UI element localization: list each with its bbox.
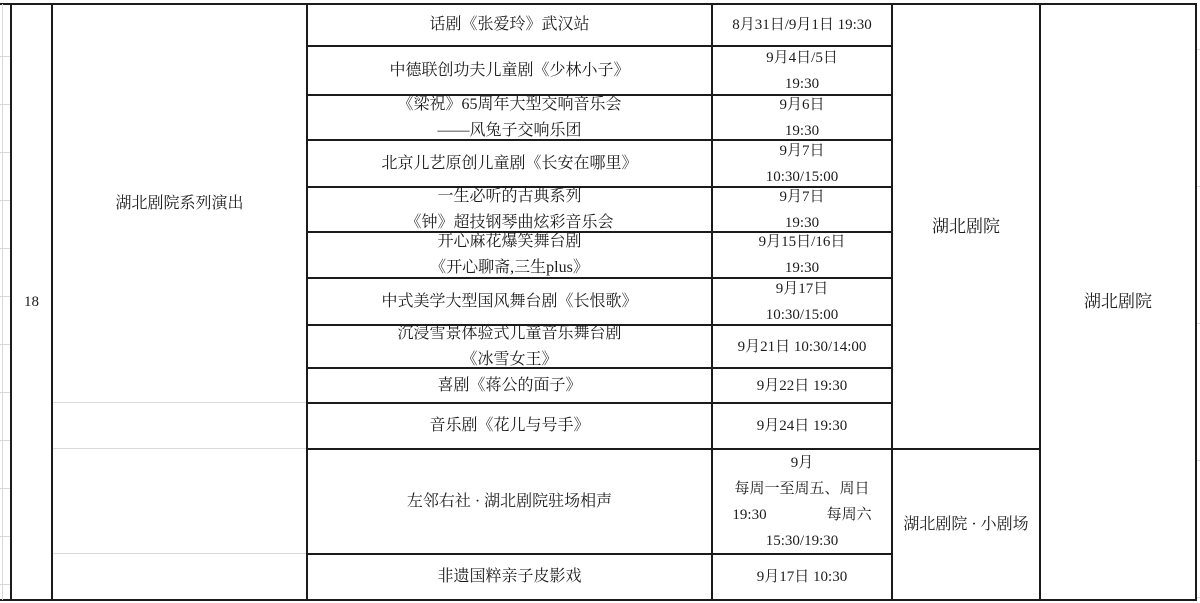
grid-line-h — [0, 599, 1197, 601]
venue-main-text: 湖北剧院 — [932, 214, 1000, 240]
grid-line-v — [1039, 4, 1041, 600]
venue-small-text: 湖北剧院 · 小剧场 — [903, 512, 1028, 538]
schedule-line: 9月7日 — [779, 138, 824, 164]
grid-line-h — [307, 324, 892, 326]
schedule-cell: 9月17日10:30/15:00 — [712, 278, 892, 325]
venue-main-cell: 湖北剧院 — [892, 4, 1040, 449]
venue-small-cell: 湖北剧院 · 小剧场 — [892, 449, 1040, 600]
schedule-cell: 8月31日/9月1日 19:30 — [712, 4, 892, 46]
performance-title-cell: 北京儿艺原创儿童剧《长安在哪里》 — [307, 140, 712, 187]
venue-overall-text: 湖北剧院 — [1084, 289, 1152, 315]
series-title-cell: 湖北剧院系列演出 — [52, 4, 307, 403]
performance-title-cell: 中德联创功夫儿童剧《少林小子》 — [307, 46, 712, 95]
schedule-cell: 9月7日19:30 — [712, 187, 892, 232]
performance-title-cell: 沉浸雪景体验式儿童音乐舞台剧《冰雪女王》 — [307, 325, 712, 368]
performance-title-line: 喜剧《蒋公的面子》 — [437, 373, 581, 399]
grid-line-v — [51, 4, 53, 600]
performance-title-line: 中德联创功夫儿童剧《少林小子》 — [389, 58, 629, 84]
grid-line-h — [307, 402, 892, 404]
performance-title-cell: 非遗国粹亲子皮影戏 — [307, 554, 712, 600]
grid-line-v — [306, 4, 308, 600]
schedule-line: 9月17日 10:30 — [757, 564, 847, 590]
performance-title-line: 北京儿艺原创儿童剧《长安在哪里》 — [381, 151, 637, 177]
schedule-line: 每周一至周五、周日 — [734, 476, 869, 502]
performance-title-line: 音乐剧《花儿与号手》 — [429, 413, 589, 439]
schedule-line: 9月22日 19:30 — [757, 373, 847, 399]
schedule-cell: 9月17日 10:30 — [712, 554, 892, 600]
performance-title-cell: 话剧《张爱玲》武汉站 — [307, 4, 712, 46]
grid-line-v — [891, 4, 893, 600]
row-index-text: 18 — [24, 289, 39, 315]
grid-line-h — [307, 553, 892, 555]
performance-title-cell: 中式美学大型国风舞台剧《长恨歌》 — [307, 278, 712, 325]
grid-line-v — [2, 4, 3, 600]
row-index-cell: 18 — [11, 4, 52, 600]
schedule-cell: 9月22日 19:30 — [712, 368, 892, 403]
schedule-cell: 9月6日19:30 — [712, 95, 892, 140]
performance-title-line: 话剧《张爱玲》武汉站 — [429, 12, 589, 38]
grid-line-h — [307, 139, 892, 141]
schedule-cell: 9月21日 10:30/14:00 — [712, 325, 892, 368]
schedule-line: 9月17日 — [776, 276, 829, 302]
series-title-text: 湖北剧院系列演出 — [115, 191, 243, 217]
performance-title-line: 中式美学大型国风舞台剧《长恨歌》 — [381, 289, 637, 315]
schedule-line: 15:30/19:30 — [766, 528, 839, 554]
schedule-line: 9月4日/5日 — [766, 45, 838, 71]
schedule-line: 8月31日/9月1日 19:30 — [732, 12, 872, 38]
grid-line-h — [0, 3, 1197, 5]
grid-line-h — [307, 94, 892, 96]
grid-line-h — [307, 231, 892, 233]
schedule-line: 9月24日 19:30 — [757, 413, 847, 439]
grid-line-h — [307, 367, 892, 369]
grid-line-h — [52, 402, 307, 403]
performance-title-cell: 左邻右社 · 湖北剧院驻场相声 — [307, 449, 712, 554]
grid-line-h — [307, 186, 892, 188]
grid-line-v — [1195, 4, 1197, 600]
grid-line-h — [307, 448, 1040, 450]
performance-title-cell: 开心麻花爆笑舞台剧《开心聊斋,三生plus》 — [307, 232, 712, 278]
grid-line-h — [52, 448, 307, 449]
venue-overall-cell: 湖北剧院 — [1040, 4, 1196, 600]
theatre-schedule-table: 18 湖北剧院系列演出 湖北剧院 湖北剧院 · 小剧场 湖北剧院 话剧《张爱玲》… — [0, 0, 1200, 603]
performance-title-cell: 一生必听的古典系列《钟》超技钢琴曲炫彩音乐会 — [307, 187, 712, 232]
schedule-cell: 9月4日/5日19:30 — [712, 46, 892, 95]
performance-title-cell: 《梁祝》65周年大型交响音乐会——风兔子交响乐团 — [307, 95, 712, 140]
grid-line-h — [307, 45, 892, 47]
schedule-cell: 9月每周一至周五、周日19:30 每周六15:30/19:30 — [712, 449, 892, 554]
schedule-line: 9月21日 10:30/14:00 — [738, 334, 867, 360]
schedule-line: 19:30 每周六 — [732, 502, 871, 528]
grid-line-h — [52, 553, 307, 554]
grid-line-v — [711, 4, 713, 600]
performance-title-cell: 音乐剧《花儿与号手》 — [307, 403, 712, 449]
schedule-cell: 9月7日10:30/15:00 — [712, 140, 892, 187]
grid-line-v — [10, 4, 12, 600]
schedule-line: 9月 — [791, 450, 814, 476]
grid-line-h — [307, 277, 892, 279]
schedule-cell: 9月15日/16日19:30 — [712, 232, 892, 278]
performance-title-line: 非遗国粹亲子皮影戏 — [437, 564, 581, 590]
performance-title-line: 左邻右社 · 湖北剧院驻场相声 — [407, 489, 612, 515]
schedule-cell: 9月24日 19:30 — [712, 403, 892, 449]
performance-title-cell: 喜剧《蒋公的面子》 — [307, 368, 712, 403]
